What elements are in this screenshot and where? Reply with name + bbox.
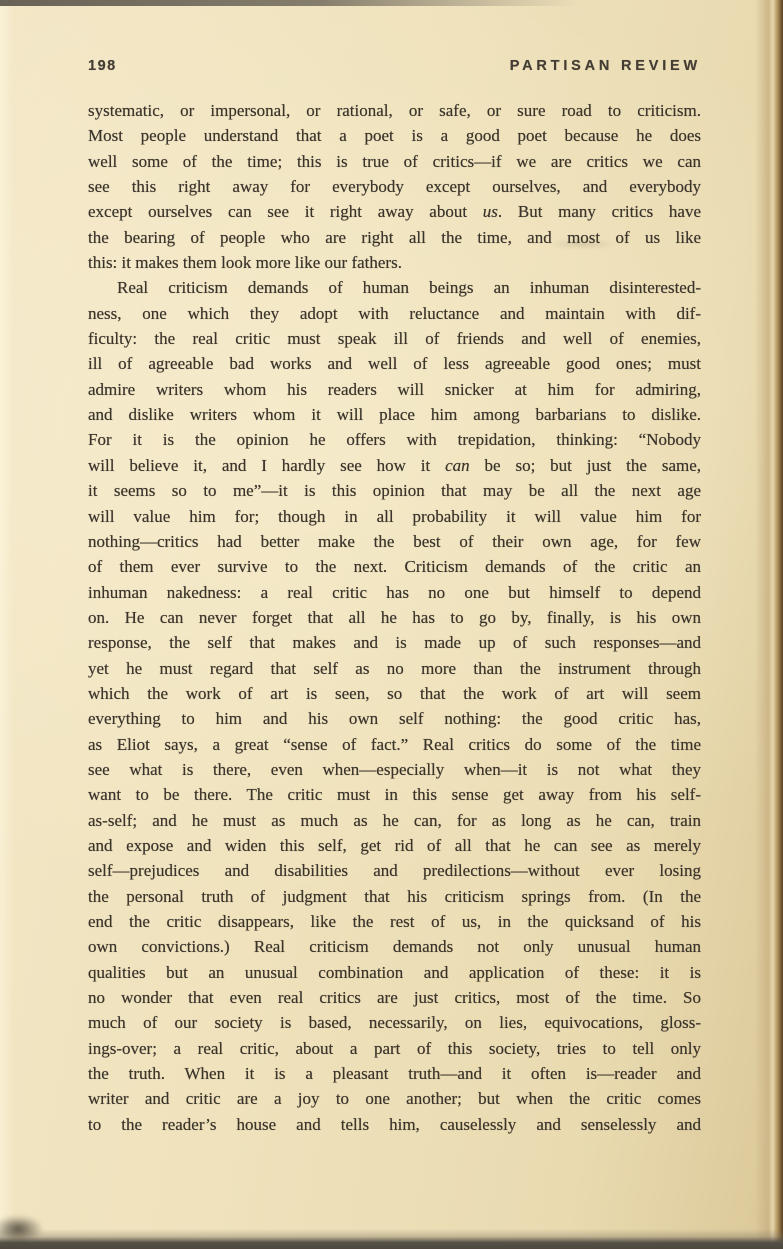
text-segment: will believe it, and I hardly see how it — [88, 456, 445, 475]
text-line: will believe it, and I hardly see how it… — [88, 453, 701, 478]
text-segment: inhuman nakedness: a real critic has no … — [88, 583, 701, 602]
text-line: ness, one which they adopt with reluctan… — [88, 301, 701, 326]
page-left-highlight — [0, 0, 14, 1249]
text-line: systematic, or impersonal, or rational, … — [88, 98, 701, 123]
text-segment: the personal truth of judgment that his … — [88, 887, 701, 906]
text-line: to the reader’s house and tells him, cau… — [88, 1112, 701, 1137]
text-segment: response, the self that makes and is mad… — [88, 633, 701, 652]
scan-edge-bottom — [0, 1229, 783, 1249]
text-line: the truth. When it is a pleasant truth—a… — [88, 1061, 701, 1086]
page-content: 198 PARTISAN REVIEW systematic, or imper… — [88, 58, 701, 1137]
text-line: much of our society is based, necessaril… — [88, 1010, 701, 1035]
text-segment: it seems so to me”—it is this opinion th… — [88, 481, 701, 500]
text-segment: own convictions.) Real criticism demands… — [88, 937, 701, 956]
text-line: yet he must regard that self as no more … — [88, 656, 701, 681]
text-line: see this right away for everybody except… — [88, 174, 701, 199]
running-header: 198 PARTISAN REVIEW — [88, 58, 701, 78]
text-segment: ings-over; a real critic, about a part o… — [88, 1039, 701, 1058]
text-segment: want to be there. The critic must in thi… — [88, 785, 701, 804]
text-line: the bearing of people who are right all … — [88, 225, 701, 250]
text-segment: writer and critic are a joy to one anoth… — [88, 1089, 701, 1108]
text-segment: on. He can never forget that all he has … — [88, 608, 701, 627]
text-segment: For it is the opinion he offers with tre… — [88, 430, 701, 449]
text-segment: to the reader’s house and tells him, cau… — [88, 1115, 701, 1134]
text-line: this: it makes them look more like our f… — [88, 250, 701, 275]
text-line: everything to him and his own self nothi… — [88, 706, 701, 731]
text-line: ill of agreeable bad works and well of l… — [88, 351, 701, 376]
text-segment: of them ever survive to the next. Critic… — [88, 557, 701, 576]
text-segment: Real criticism demands of human beings a… — [117, 278, 701, 297]
text-line: and expose and widen this self, get rid … — [88, 833, 701, 858]
text-segment: ficulty: the real critic must speak ill … — [88, 329, 701, 348]
text-line: ings-over; a real critic, about a part o… — [88, 1036, 701, 1061]
italic-text: can — [445, 456, 470, 475]
text-line: nothing—critics had better make the best… — [88, 529, 701, 554]
text-line: on. He can never forget that all he has … — [88, 605, 701, 630]
text-line: response, the self that makes and is mad… — [88, 630, 701, 655]
text-segment: end the critic disappears, like the rest… — [88, 912, 701, 931]
text-segment: as Eliot says, a great “sense of fact.” … — [88, 735, 701, 754]
body-text: systematic, or impersonal, or rational, … — [88, 98, 701, 1137]
text-line: qualities but an unusual combination and… — [88, 960, 701, 985]
text-segment: admire writers whom his readers will sni… — [88, 380, 701, 399]
text-segment: nothing—critics had better make the best… — [88, 532, 701, 551]
text-segment: much of our society is based, necessaril… — [88, 1013, 701, 1032]
text-segment: yet he must regard that self as no more … — [88, 659, 701, 678]
text-line: and dislike writers whom it will place h… — [88, 402, 701, 427]
scanned-page: 198 PARTISAN REVIEW systematic, or imper… — [0, 0, 783, 1249]
text-segment: systematic, or impersonal, or rational, … — [88, 101, 701, 120]
text-line: Real criticism demands of human beings a… — [88, 275, 701, 300]
text-segment: and expose and widen this self, get rid … — [88, 836, 701, 855]
text-segment: except ourselves can see it right away a… — [88, 202, 483, 221]
text-segment: Most people understand that a poet is a … — [88, 126, 701, 145]
text-line: end the critic disappears, like the rest… — [88, 909, 701, 934]
text-segment: self—prejudices and disabilities and pre… — [88, 861, 701, 880]
page-number: 198 — [88, 58, 117, 74]
text-line: of them ever survive to the next. Critic… — [88, 554, 701, 579]
text-segment: ness, one which they adopt with reluctan… — [88, 304, 701, 323]
text-segment: which the work of art is seen, so that t… — [88, 684, 701, 703]
text-segment: . But many critics have — [498, 202, 701, 221]
text-line: writer and critic are a joy to one anoth… — [88, 1086, 701, 1111]
text-segment: ill of agreeable bad works and well of l… — [88, 354, 701, 373]
text-segment: everything to him and his own self nothi… — [88, 709, 701, 728]
text-line: For it is the opinion he offers with tre… — [88, 427, 701, 452]
scan-edge-top — [0, 0, 579, 6]
text-line: will value him for; though in all probab… — [88, 504, 701, 529]
text-line: inhuman nakedness: a real critic has no … — [88, 580, 701, 605]
text-line: which the work of art is seen, so that t… — [88, 681, 701, 706]
text-segment: as-self; and he must as much as he can, … — [88, 811, 701, 830]
text-segment: see what is there, even when—especially … — [88, 760, 701, 779]
text-line: admire writers whom his readers will sni… — [88, 377, 701, 402]
text-segment: well some of the time; this is true of c… — [88, 152, 701, 171]
scan-corner-shadow — [0, 1215, 44, 1243]
text-segment: the bearing of people who are right all … — [88, 228, 701, 247]
text-segment: the truth. When it is a pleasant truth—a… — [88, 1064, 701, 1083]
text-segment: see this right away for everybody except… — [88, 177, 701, 196]
scan-edge-right — [755, 0, 783, 1249]
text-line: well some of the time; this is true of c… — [88, 149, 701, 174]
text-line: own convictions.) Real criticism demands… — [88, 934, 701, 959]
italic-text: us — [483, 202, 498, 221]
text-line: Most people understand that a poet is a … — [88, 123, 701, 148]
text-segment: this: it makes them look more like our f… — [88, 253, 402, 272]
journal-title: PARTISAN REVIEW — [510, 58, 701, 74]
text-segment: no wonder that even real critics are jus… — [88, 988, 701, 1007]
text-line: want to be there. The critic must in thi… — [88, 782, 701, 807]
text-line: no wonder that even real critics are jus… — [88, 985, 701, 1010]
text-line: the personal truth of judgment that his … — [88, 884, 701, 909]
text-segment: and dislike writers whom it will place h… — [88, 405, 701, 424]
text-segment: be so; but just the same, — [470, 456, 701, 475]
text-line: ficulty: the real critic must speak ill … — [88, 326, 701, 351]
text-line: as-self; and he must as much as he can, … — [88, 808, 701, 833]
text-line: see what is there, even when—especially … — [88, 757, 701, 782]
text-line: it seems so to me”—it is this opinion th… — [88, 478, 701, 503]
text-line: self—prejudices and disabilities and pre… — [88, 858, 701, 883]
text-line: except ourselves can see it right away a… — [88, 199, 701, 224]
text-segment: qualities but an unusual combination and… — [88, 963, 701, 982]
text-segment: will value him for; though in all probab… — [88, 507, 701, 526]
text-line: as Eliot says, a great “sense of fact.” … — [88, 732, 701, 757]
